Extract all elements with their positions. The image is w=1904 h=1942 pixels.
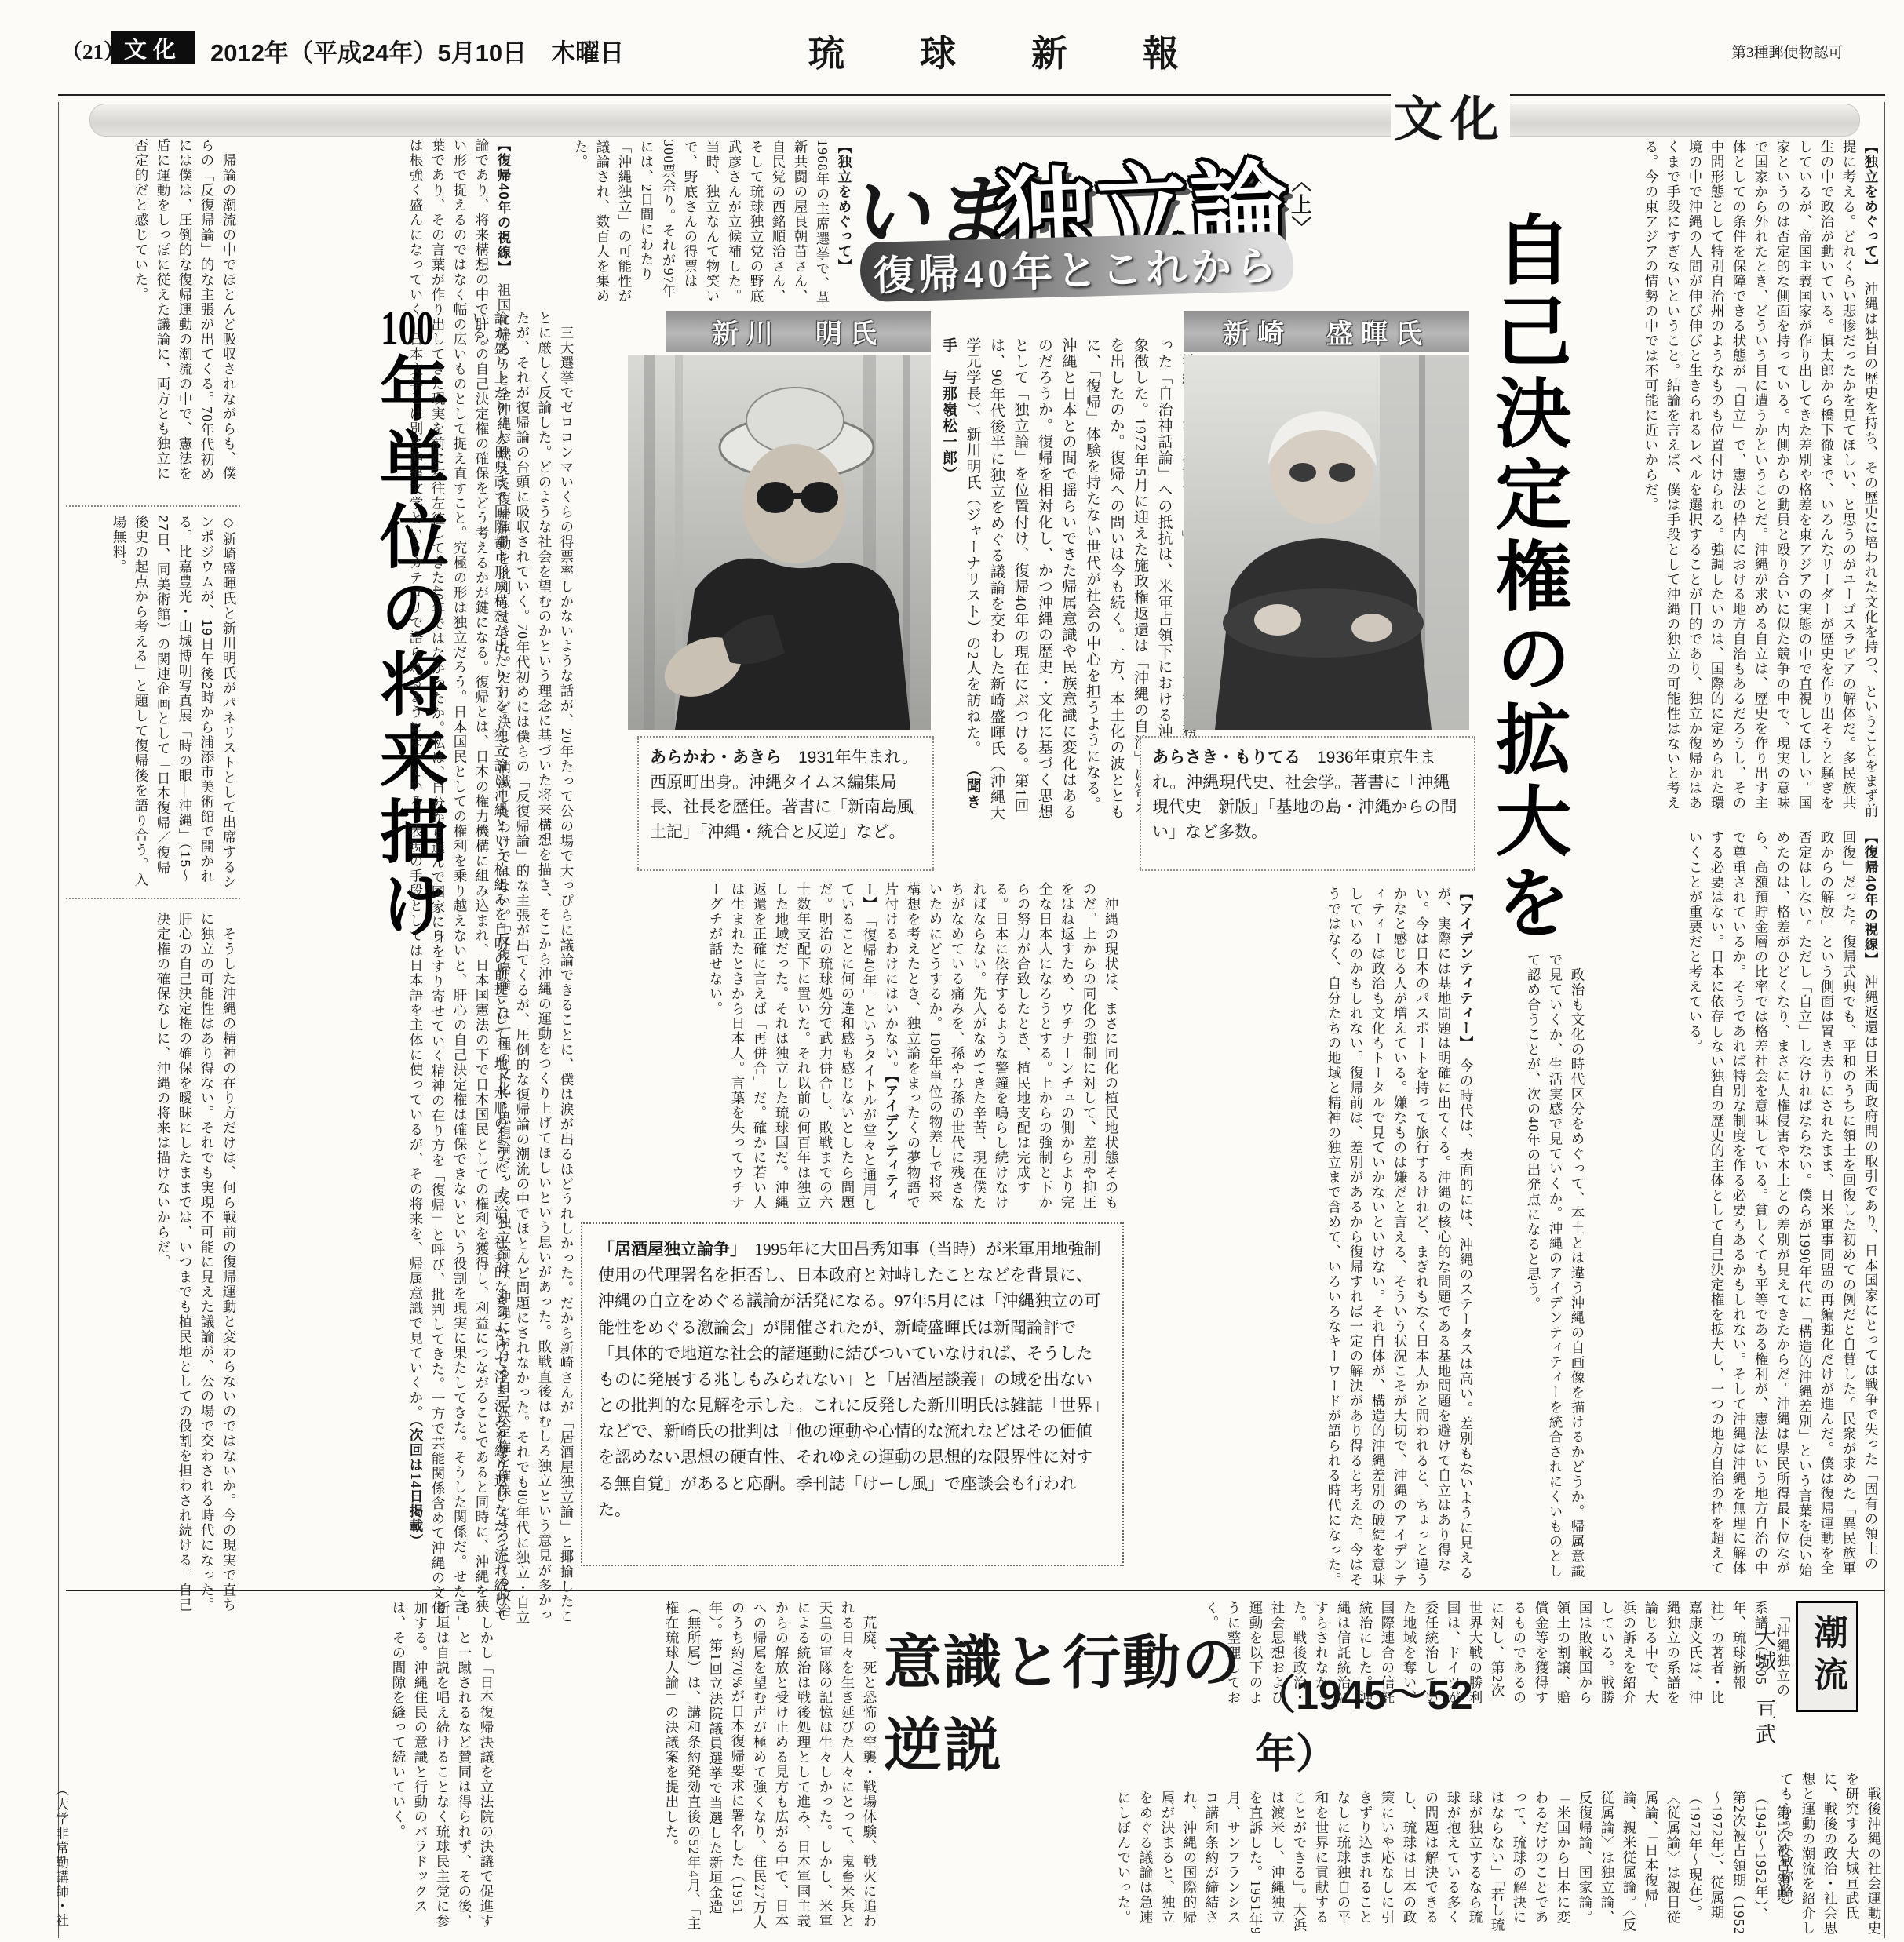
photo-arakawa-image <box>628 355 931 730</box>
arakawa-tail-2-text: そうした沖縄の精神の在り方だけは、何ら戦前の復帰運動と変わらないのではないか。今… <box>155 912 237 1612</box>
bottom-separator <box>66 1590 1885 1591</box>
bottom-body-top: 「沖縄独立の系譜」（2005年、琉球新報社）の著者・比嘉康文氏は、沖縄独立の系譜… <box>1130 1601 1794 1706</box>
section-banner-bg: 文化 <box>1391 82 1510 148</box>
bottom-body-left-text: 荒廃、死と恐怖の空襲・戦場体験、戦火に追われる日々を生き延びた人々にとって、鬼畜… <box>664 1601 877 1931</box>
choryu-label-box: 潮流 <box>1796 1601 1858 1712</box>
arakawa-text-1a: 1968年の主席選挙で、革新共闘の屋良朝苗さん、自民党の西銘順治さん、そして琉球… <box>573 140 852 306</box>
caption-arakawa: あらかわ・あきら 1931年生まれ。西原町出身。沖縄タイムス編集局長、社長を歴任… <box>637 736 934 871</box>
header-rule <box>58 94 1885 96</box>
arakawa-section-3: 沖縄の現状は、まさに同化の植民地状態そのものだ。上からの同化の強制に対して、差別… <box>581 882 1122 1215</box>
arasaki-text-3-tail: 政治も文化の時代区分をめぐって、本土とは違う沖縄の自画像を描けるかどうか。帰属意… <box>1526 953 1585 1579</box>
arakawa-section-2: 【復帰40年の視線】 祖国に帰ろうと全沖縄が燃えた復帰運動を批判してきた。だけど… <box>242 138 515 1627</box>
arasaki-subhead-1: 【独立をめぐって】 <box>1863 140 1879 267</box>
photo-arasaki <box>1184 355 1469 730</box>
choryu-label: 潮流 <box>1802 1614 1852 1699</box>
izakaya-box-body: 1995年に大田昌秀知事（当時）が米軍用地強制使用の代理署名を拒否し、日本政府と… <box>598 1240 1101 1519</box>
caption-arakawa-name: あらかわ・あきら <box>650 749 782 767</box>
arakawa-text-3: 「復帰40年」というタイトルが堂々と通用していることに何の違和感も感じないとした… <box>708 882 877 1212</box>
date-line: 2012年（平成24年）5月10日 木曜日 <box>210 33 624 68</box>
arakawa-next-note: （次回は14日掲載） <box>408 1420 424 1549</box>
bottom-body-tail: しかし「日本復帰決議を立法院の決議で促進する」と一蹴されるなど賛同は得られず、そ… <box>348 1601 498 1937</box>
series-subtitle: 復帰40年とこれから <box>873 232 1281 302</box>
arakawa-tail-1-text: 帰論の潮流の中でほとんど吸収されながらも、僕らの「反復帰論」的な主張が出てくる。… <box>133 138 237 483</box>
arasaki-section-1: 【独立をめぐって】 沖縄は独自の歴史を持ち、その歴史に培われた文化を持つ、という… <box>1592 140 1882 821</box>
arakawa-text-2: 祖国に帰ろうと全沖縄が燃えた復帰運動を批判してきた。だけど決して消滅したわけでは… <box>408 138 512 1618</box>
arakawa-subhead-1: 【独立をめぐって】 <box>837 140 852 267</box>
series-title-block: いま 独立論 〈上〉 復帰40年とこれから <box>857 144 1311 303</box>
bottom-credit: （大学非常勤講師・社会思想史） <box>47 1783 72 1937</box>
bottom-body-below: 第1次被占領期（1945～1952年）、第2次被占領期（1952～1972年）、… <box>884 1791 1794 1937</box>
symposium-notice: ◇新崎盛暉氏と新川明氏がパネリストとして出席するシンポジウムが、19日午後2時か… <box>66 505 240 899</box>
nameplate-arakawa-text: 新川 明氏 <box>712 312 885 351</box>
arasaki-section-3-tail: 政治も文化の時代区分をめぐって、本土とは違う沖縄の自画像を描けるかどうか。帰属意… <box>1480 953 1588 1580</box>
arasaki-subhead-3: 【アイデンティティー】 <box>1458 887 1474 1044</box>
left-page-rule <box>58 102 59 1938</box>
arakawa-tail-2: そうした沖縄の精神の在り方だけは、何ら戦前の復帰運動と変わらないのではないか。今… <box>66 912 240 1626</box>
symposium-notice-text: ◇新崎盛暉氏と新川明氏がパネリストとして出席するシンポジウムが、19日午後2時か… <box>111 515 237 890</box>
photo-arasaki-image <box>1184 355 1469 730</box>
caption-arasaki-name: あらさき・もりてる <box>1152 749 1300 767</box>
bottom-headline-block: 意識と行動の逆説 （1945～52年） <box>884 1711 1488 1783</box>
postal-note: 第3種郵便物認可 <box>1731 41 1844 62</box>
arasaki-text-2: 沖縄返還は日米両政府間の取引であり、日本国家にとっては戦争で失った「固有の領土の… <box>1687 830 1879 1578</box>
nameplate-arakawa: 新川 明氏 <box>666 311 931 352</box>
right-page-rule <box>1884 102 1885 1938</box>
arakawa-text-3-pre: 沖縄の現状は、まさに同化の植民地状態そのものだ。上からの同化の強制に対して、差別… <box>884 882 1119 1210</box>
photo-arakawa <box>628 355 931 730</box>
section-label: 文化 <box>124 32 182 64</box>
section-banner: 文化 <box>1394 80 1507 150</box>
arasaki-section-2: 【復帰40年の視線】 沖縄返還は日米両政府間の取引であり、日本国家にとっては戦争… <box>1592 830 1882 1580</box>
nameplate-arasaki-text: 新崎 盛暉氏 <box>1223 312 1430 351</box>
series-subtitle-banner: 復帰40年とこれから <box>859 231 1294 302</box>
bottom-body-tail-text: しかし「日本復帰決議を立法院の決議で促進する」と一蹴されるなど賛同は得られず、そ… <box>391 1601 494 1929</box>
headline-arasaki: 自己決定権の拡大を <box>1480 210 1581 948</box>
nameplate-arasaki: 新崎 盛暉氏 <box>1184 311 1469 352</box>
bottom-body-left: 荒廃、死と恐怖の空襲・戦場体験、戦火に追われる日々を生き延びた人々にとって、鬼畜… <box>502 1601 881 1937</box>
arasaki-text-3: 今の時代は、表面的には、沖縄のステータスは高い。差別もないように見えるが、実際に… <box>1326 887 1474 1587</box>
arasaki-text-1: 沖縄は独自の歴史を持ち、その歴史に培われた文化を持つ、ということをまず前提に考え… <box>1643 140 1879 818</box>
newspaper-page: （21） 文化 2012年（平成24年）5月10日 木曜日 琉球新報 第3種郵便… <box>0 0 1904 1942</box>
izakaya-box: 「居酒屋独立論争」 1995年に大田昌秀知事（当時）が米軍用地強制使用の代理署名… <box>581 1222 1124 1566</box>
arakawa-subhead-2: 【復帰40年の視線】 <box>496 138 512 268</box>
section-band <box>89 104 1860 137</box>
arakawa-tail-1: 帰論の潮流の中でほとんど吸収されながらも、僕らの「反復帰論」的な主張が出てくる。… <box>66 138 240 493</box>
izakaya-box-title: 「居酒屋独立論争」 <box>598 1241 739 1259</box>
bottom-body-top-text: 「沖縄独立の系譜」（2005年、琉球新報社）の著者・比嘉康文氏は、沖縄独立の系譜… <box>1204 1601 1791 1705</box>
section-label-box: 文化 <box>111 31 195 64</box>
arasaki-section-3: 【アイデンティティー】 今の時代は、表面的には、沖縄のステータスは高い。差別もな… <box>1132 887 1477 1590</box>
arasaki-subhead-2: 【復帰40年の視線】 <box>1863 830 1879 960</box>
paper-name: 琉球新報 <box>808 25 1254 77</box>
arakawa-section-1-start: 【独立をめぐって】 1968年の主席選挙で、革新共闘の屋良朝苗さん、自民党の西銘… <box>518 140 855 306</box>
caption-arasaki: あらさき・もりてる 1936年東京生まれ。沖縄現代史、社会学。著書に「沖縄現代史… <box>1140 736 1475 871</box>
bottom-body-below-text: 第1次被占領期（1945～1952年）、第2次被占領期（1952～1972年）、… <box>1116 1791 1791 1935</box>
